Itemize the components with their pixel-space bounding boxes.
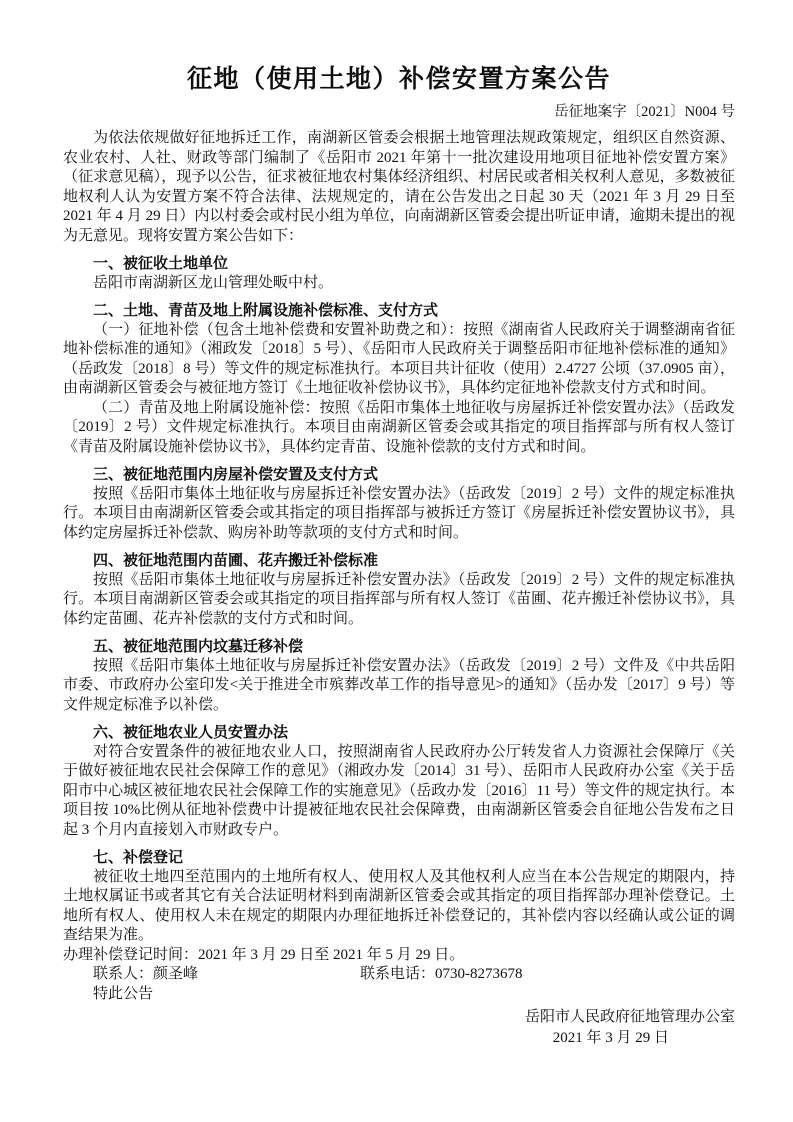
contact-phone: 联系电话：0730-8273678 [360, 965, 735, 985]
section-6-paragraph: 对符合安置条件的被征地农业人口，按照湖南省人民政府办公厅转发省人力资源社会保障厅… [63, 743, 735, 841]
registration-period: 办理补偿登记时间：2021 年 3 月 29 日至 2021 年 5 月 29 … [63, 946, 735, 966]
closing-statement: 特此公告 [63, 985, 735, 1005]
issuer-name: 岳阳市人民政府征地管理办公室 [63, 1007, 735, 1028]
issue-date: 2021 年 3 月 29 日 [63, 1028, 735, 1049]
section-2-paragraph-1: （一）征地补偿（包含土地补偿费和安置补助费之和）：按照《湖南省人民政府关于调整湖… [63, 321, 735, 399]
document-number: 岳征地案字〔2021〕N004 号 [63, 103, 735, 122]
contact-person: 联系人：颜圣峰 [63, 965, 360, 985]
signature-block: 岳阳市人民政府征地管理办公室 2021 年 3 月 29 日 [63, 1007, 735, 1049]
section-1-paragraph: 岳阳市南湖新区龙山管理处畈中村。 [63, 274, 735, 294]
section-5-heading: 五、被征地范围内坟墓迁移补偿 [63, 637, 735, 657]
section-4-paragraph: 按照《岳阳市集体土地征收与房屋拆迁补偿安置办法》（岳政发〔2019〕2 号）文件… [63, 571, 735, 630]
section-5-paragraph: 按照《岳阳市集体土地征收与房屋拆迁补偿安置办法》（岳政发〔2019〕2 号）文件… [63, 657, 735, 716]
contact-line: 联系人：颜圣峰 联系电话：0730-8273678 [63, 965, 735, 985]
announcement-page: 征地（使用土地）补偿安置方案公告 岳征地案字〔2021〕N004 号 为依法依规… [0, 0, 793, 1122]
section-2-heading: 二、土地、青苗及地上附属设施补偿标准、支付方式 [63, 301, 735, 321]
section-2-paragraph-2: （二）青苗及地上附属设施补偿：按照《岳阳市集体土地征收与房屋拆迁补偿安置办法》（… [63, 399, 735, 458]
section-1-heading: 一、被征收土地单位 [63, 254, 735, 274]
section-3-paragraph: 按照《岳阳市集体土地征收与房屋拆迁补偿安置办法》（岳政发〔2019〕2 号）文件… [63, 485, 735, 544]
section-3-heading: 三、被征地范围内房屋补偿安置及支付方式 [63, 465, 735, 485]
section-7-heading: 七、补偿登记 [63, 848, 735, 868]
section-7-paragraph: 被征收土地四至范围内的土地所有权人、使用权人及其他权利人应当在本公告规定的期限内… [63, 868, 735, 946]
section-6-heading: 六、被征地农业人员安置办法 [63, 723, 735, 743]
intro-paragraph: 为依法依规做好征地拆迁工作，南湖新区管委会根据土地管理法规政策规定，组织区自然资… [63, 129, 735, 246]
document-title: 征地（使用土地）补偿安置方案公告 [63, 64, 735, 94]
section-4-heading: 四、被征地范围内苗圃、花卉搬迁补偿标准 [63, 551, 735, 571]
